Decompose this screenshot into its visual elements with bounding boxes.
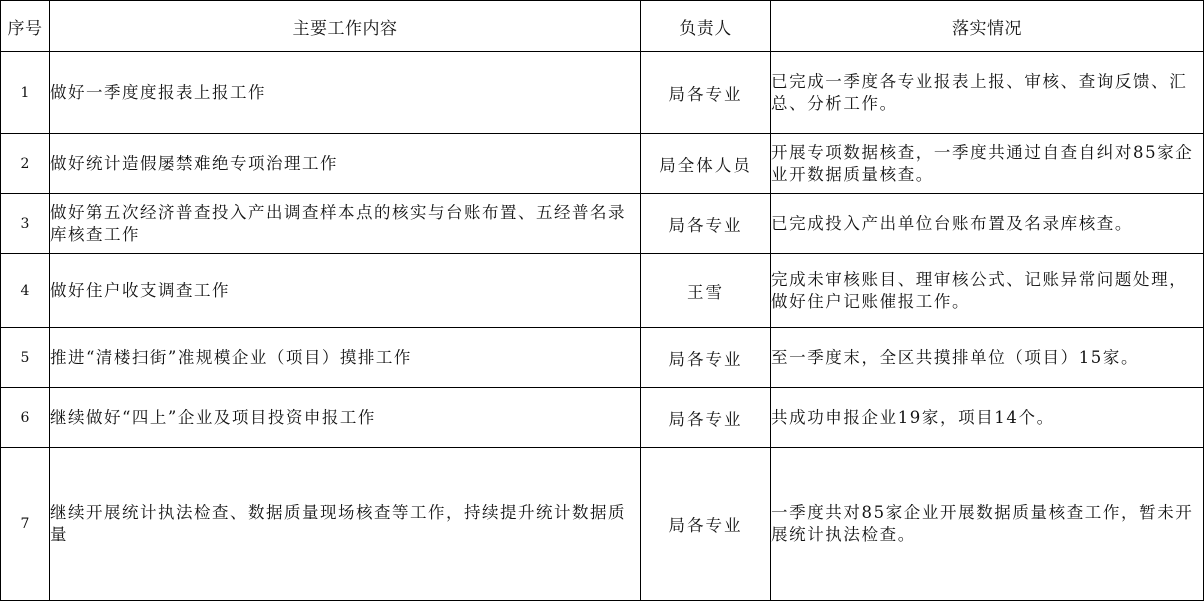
table-row: 2 做好统计造假屡禁难绝专项治理工作 局全体人员 开展专项数据核查，一季度共通过…: [1, 134, 1204, 194]
header-row: 序号 主要工作内容 负责人 落实情况: [1, 1, 1204, 52]
table-row: 7 继续开展统计执法检查、数据质量现场核查等工作，持续提升统计数据质量 局各专业…: [1, 448, 1204, 601]
table-row: 1 做好一季度度报表上报工作 局各专业 已完成一季度各专业报表上报、审核、查询反…: [1, 52, 1204, 134]
row-number: 5: [1, 328, 50, 388]
owner: 局各专业: [641, 388, 771, 448]
header-status: 落实情况: [771, 1, 1204, 52]
status-text: 至一季度末，全区共摸排单位（项目）15家。: [771, 328, 1204, 388]
task-content: 做好一季度度报表上报工作: [50, 52, 641, 134]
task-content: 做好统计造假屡禁难绝专项治理工作: [50, 134, 641, 194]
status-text: 共成功申报企业19家，项目14个。: [771, 388, 1204, 448]
status-text: 开展专项数据核查，一季度共通过自查自纠对85家企业开数据质量核查。: [771, 134, 1204, 194]
status-text: 已完成一季度各专业报表上报、审核、查询反馈、汇总、分析工作。: [771, 52, 1204, 134]
task-content: 推进“清楼扫街”准规模企业（项目）摸排工作: [50, 328, 641, 388]
status-text: 已完成投入产出单位台账布置及名录库核查。: [771, 194, 1204, 254]
status-text: 完成未审核账目、理审核公式、记账异常问题处理，做好住户记账催报工作。: [771, 254, 1204, 328]
owner: 局各专业: [641, 328, 771, 388]
owner: 局全体人员: [641, 134, 771, 194]
owner: 局各专业: [641, 194, 771, 254]
table-row: 5 推进“清楼扫街”准规模企业（项目）摸排工作 局各专业 至一季度末，全区共摸排…: [1, 328, 1204, 388]
row-number: 7: [1, 448, 50, 601]
task-content: 做好住户收支调查工作: [50, 254, 641, 328]
work-progress-table: 序号 主要工作内容 负责人 落实情况 1 做好一季度度报表上报工作 局各专业 已…: [0, 0, 1204, 601]
row-number: 2: [1, 134, 50, 194]
header-task: 主要工作内容: [50, 1, 641, 52]
header-owner: 负责人: [641, 1, 771, 52]
owner: 局各专业: [641, 448, 771, 601]
row-number: 6: [1, 388, 50, 448]
row-number: 4: [1, 254, 50, 328]
task-content: 继续开展统计执法检查、数据质量现场核查等工作，持续提升统计数据质量: [50, 448, 641, 601]
table-row: 3 做好第五次经济普查投入产出调查样本点的核实与台账布置、五经普名录库核查工作 …: [1, 194, 1204, 254]
task-content: 继续做好“四上”企业及项目投资申报工作: [50, 388, 641, 448]
header-num: 序号: [1, 1, 50, 52]
task-content: 做好第五次经济普查投入产出调查样本点的核实与台账布置、五经普名录库核查工作: [50, 194, 641, 254]
status-text: 一季度共对85家企业开展数据质量核查工作，暂未开展统计执法检查。: [771, 448, 1204, 601]
table-row: 6 继续做好“四上”企业及项目投资申报工作 局各专业 共成功申报企业19家，项目…: [1, 388, 1204, 448]
owner: 王雪: [641, 254, 771, 328]
row-number: 1: [1, 52, 50, 134]
row-number: 3: [1, 194, 50, 254]
owner: 局各专业: [641, 52, 771, 134]
table-row: 4 做好住户收支调查工作 王雪 完成未审核账目、理审核公式、记账异常问题处理，做…: [1, 254, 1204, 328]
